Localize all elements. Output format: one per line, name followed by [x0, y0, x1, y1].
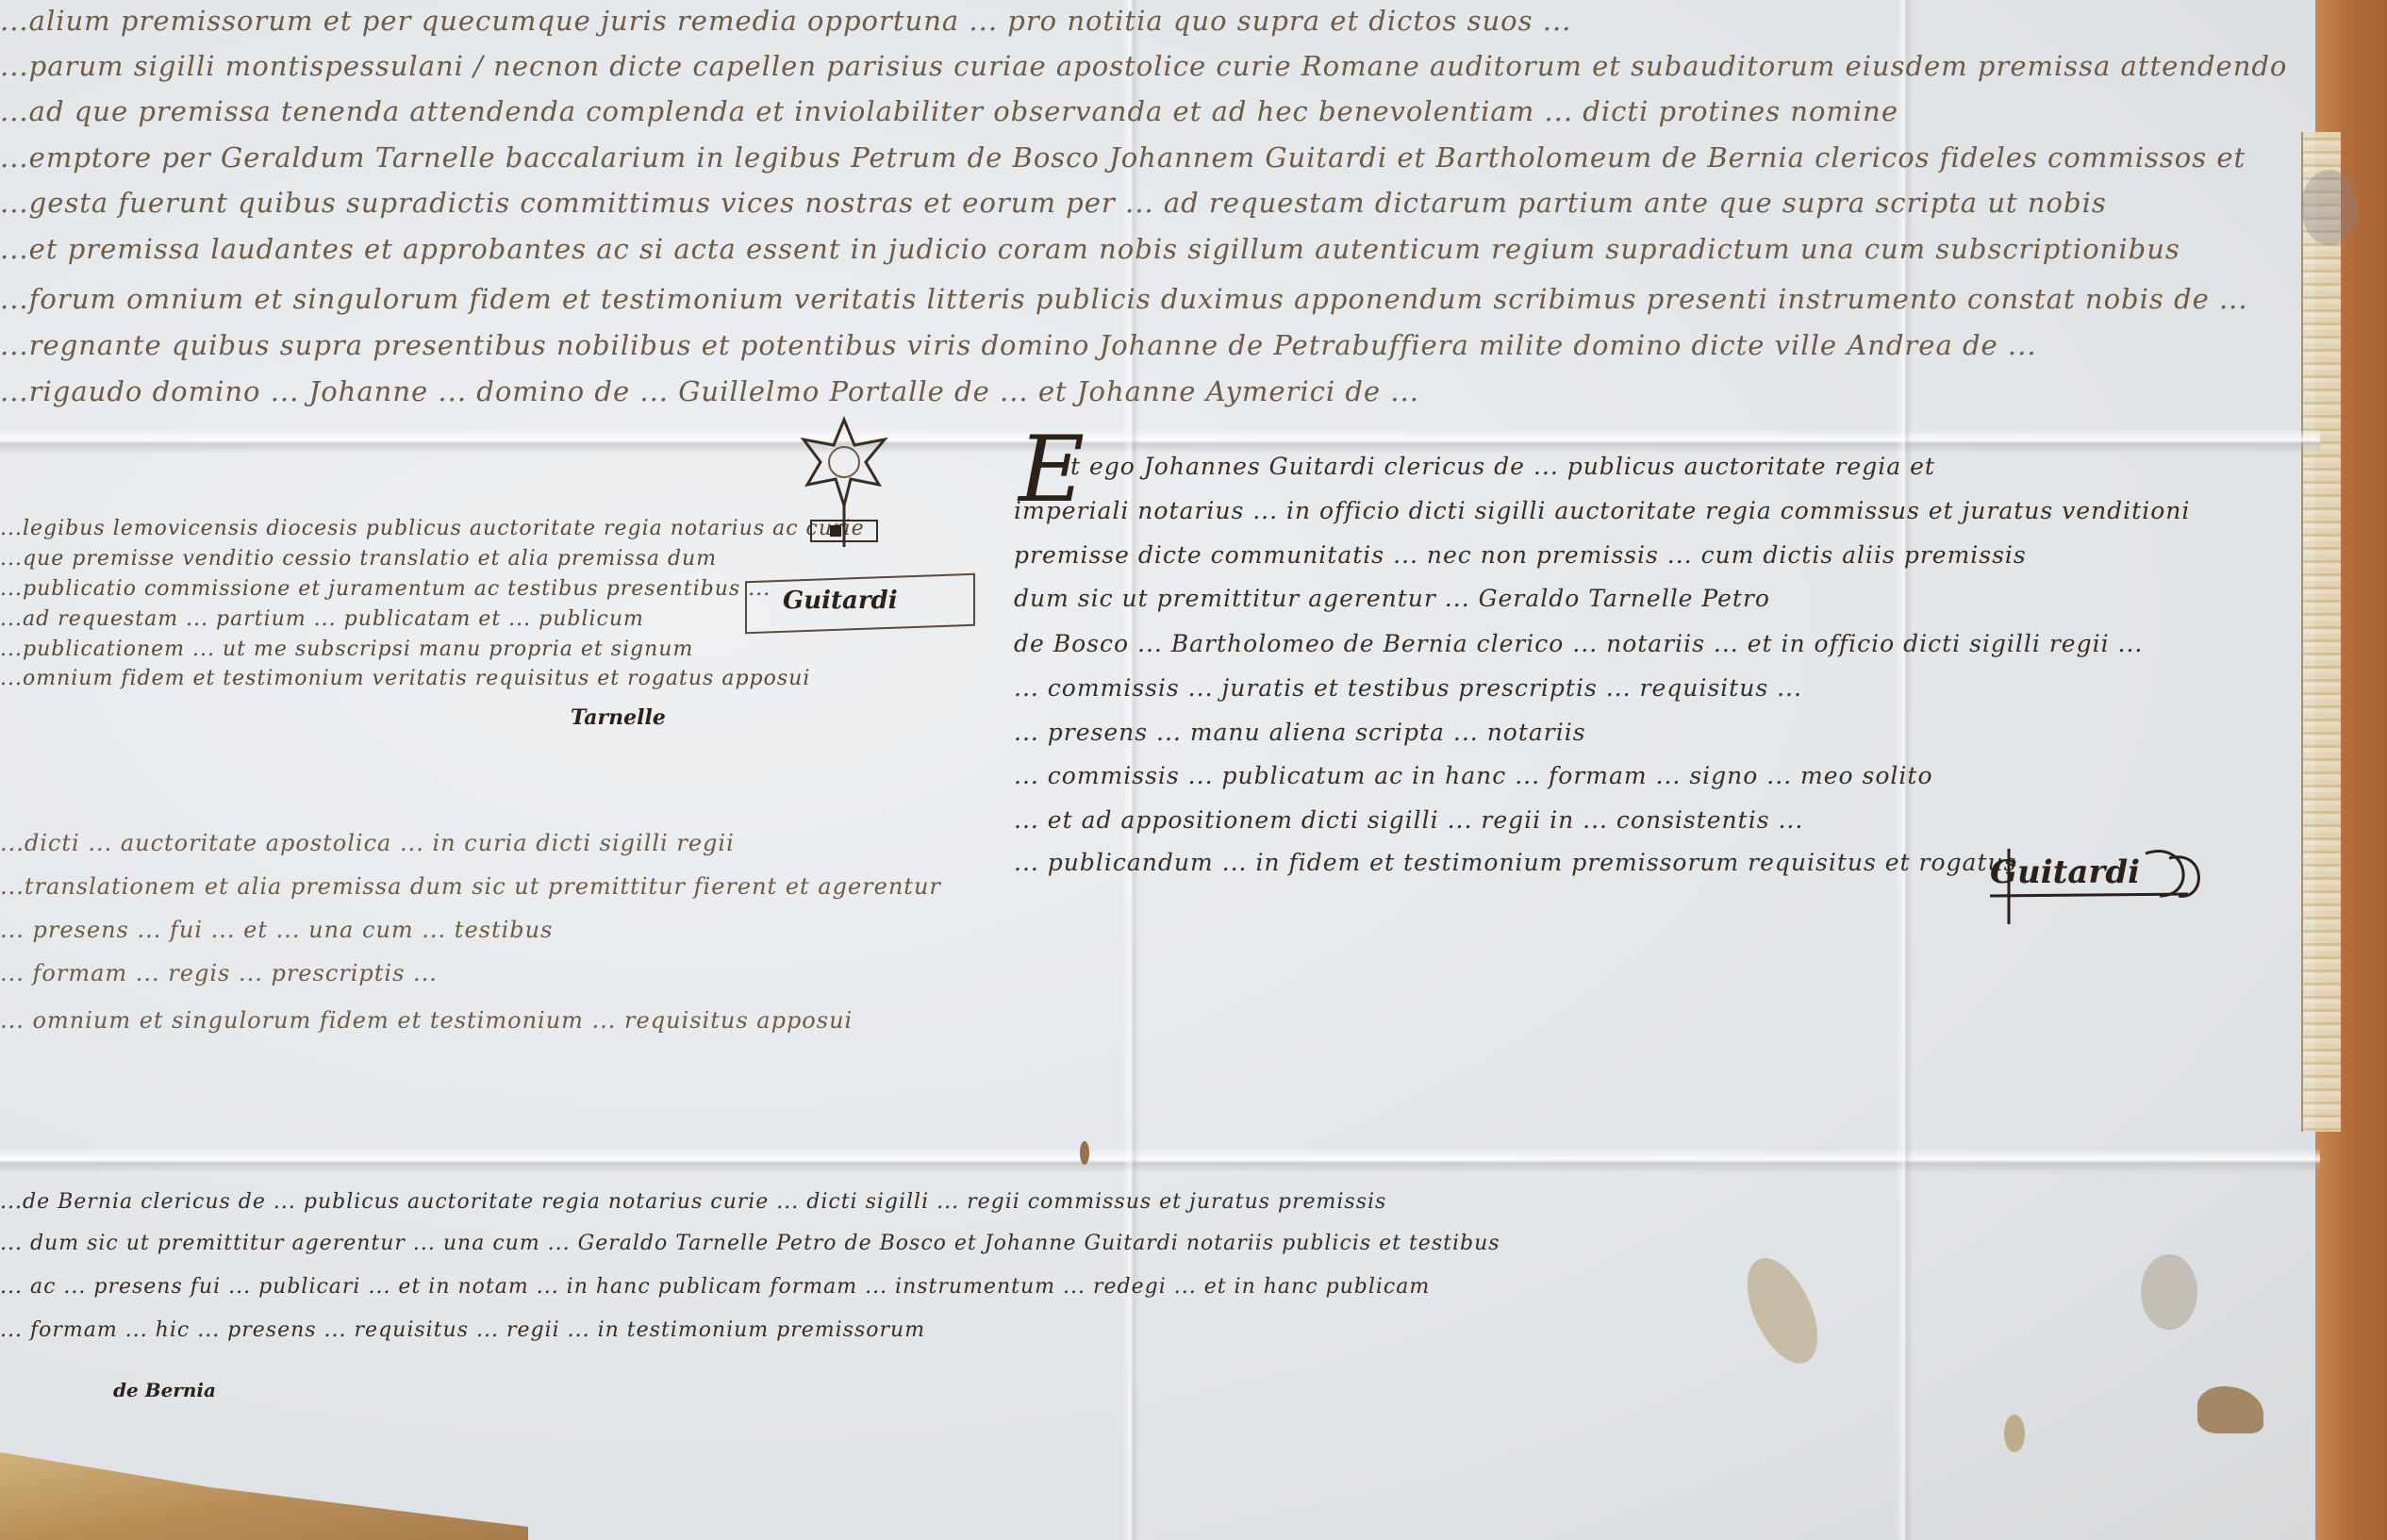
- cartouche-name-guitardi: Guitardi: [783, 587, 898, 615]
- text-line: ... presens ... fui ... et ... una cum .…: [0, 917, 553, 943]
- signature-de-bernia: de Bernia: [113, 1379, 216, 1401]
- text-line: ...parum sigilli montispessulani / necno…: [0, 50, 2287, 82]
- text-line: ... commissis ... publicatum ac in hanc …: [1014, 762, 1933, 789]
- text-line: ...publicatio commissione et juramentum …: [0, 577, 771, 601]
- text-line: premisse dicte communitatis ... nec non …: [1014, 541, 2027, 569]
- text-line: ...ad requestam ... partium ... publicat…: [0, 607, 644, 631]
- signature-flourish-icon: [1971, 839, 2254, 924]
- text-line: ...translationem et alia premissa dum si…: [0, 873, 941, 900]
- text-line: ...omnium fidem et testimonium veritatis…: [0, 667, 810, 690]
- horizontal-fold: [0, 1149, 2320, 1173]
- text-line: ...publicationem ... ut me subscripsi ma…: [0, 638, 693, 661]
- text-line: ... presens ... manu aliena scripta ... …: [1014, 719, 1586, 746]
- text-line: ...que premisse venditio cessio translat…: [0, 547, 717, 571]
- text-line: ...et premissa laudantes et approbantes …: [0, 233, 2180, 265]
- text-line: ... dum sic ut premittitur agerentur ...…: [0, 1232, 1500, 1255]
- stain: [1080, 1141, 1089, 1165]
- stain: [2004, 1415, 2025, 1452]
- text-line: ... formam ... regis ... prescriptis ...: [0, 960, 438, 986]
- text-line: ...emptore per Geraldum Tarnelle baccala…: [0, 141, 2246, 174]
- text-line: ... commissis ... juratis et testibus pr…: [1014, 674, 1802, 702]
- text-line: t ego Johannes Guitardi clericus de ... …: [1070, 453, 1935, 480]
- horizontal-fold: [0, 429, 2320, 454]
- notarial-star-signum-icon: [792, 415, 896, 556]
- text-line: ... publicandum ... in fidem et testimon…: [1014, 849, 2016, 876]
- text-line: ...regnante quibus supra presentibus nob…: [0, 329, 2037, 361]
- text-line: ...de Bernia clericus de ... publicus au…: [0, 1190, 1386, 1214]
- text-line: ...alium premissorum et per quecumque ju…: [0, 5, 1571, 37]
- text-line: ...forum omnium et singulorum fidem et t…: [0, 283, 2248, 315]
- text-line: ... formam ... hic ... presens ... requi…: [0, 1318, 925, 1342]
- stain: [2301, 170, 2358, 245]
- text-line: ...dicti ... auctoritate apostolica ... …: [0, 830, 735, 856]
- text-line: ...gesta fuerunt quibus supradictis comm…: [0, 187, 2107, 219]
- text-line: ...ad que premissa tenenda attendenda co…: [0, 95, 1898, 127]
- text-line: ... ac ... presens fui ... publicari ...…: [0, 1275, 1430, 1299]
- parchment-edge-strip: [2301, 132, 2341, 1132]
- text-line: ... et ad appositionem dicti sigilli ...…: [1014, 806, 1803, 834]
- text-line: de Bosco ... Bartholomeo de Bernia cleri…: [1014, 630, 2143, 657]
- signature-tarnelle: Tarnelle: [571, 705, 666, 730]
- stain: [2141, 1254, 2197, 1330]
- text-line: ...rigaudo domino ... Johanne ... domino…: [0, 375, 1419, 407]
- text-line: ...legibus lemovicensis diocesis publicu…: [0, 517, 865, 540]
- text-line: dum sic ut premittitur agerentur ... Ger…: [1014, 585, 1770, 612]
- text-line: ... omnium et singulorum fidem et testim…: [0, 1007, 853, 1034]
- text-line: imperiali notarius ... in officio dicti …: [1014, 497, 2190, 524]
